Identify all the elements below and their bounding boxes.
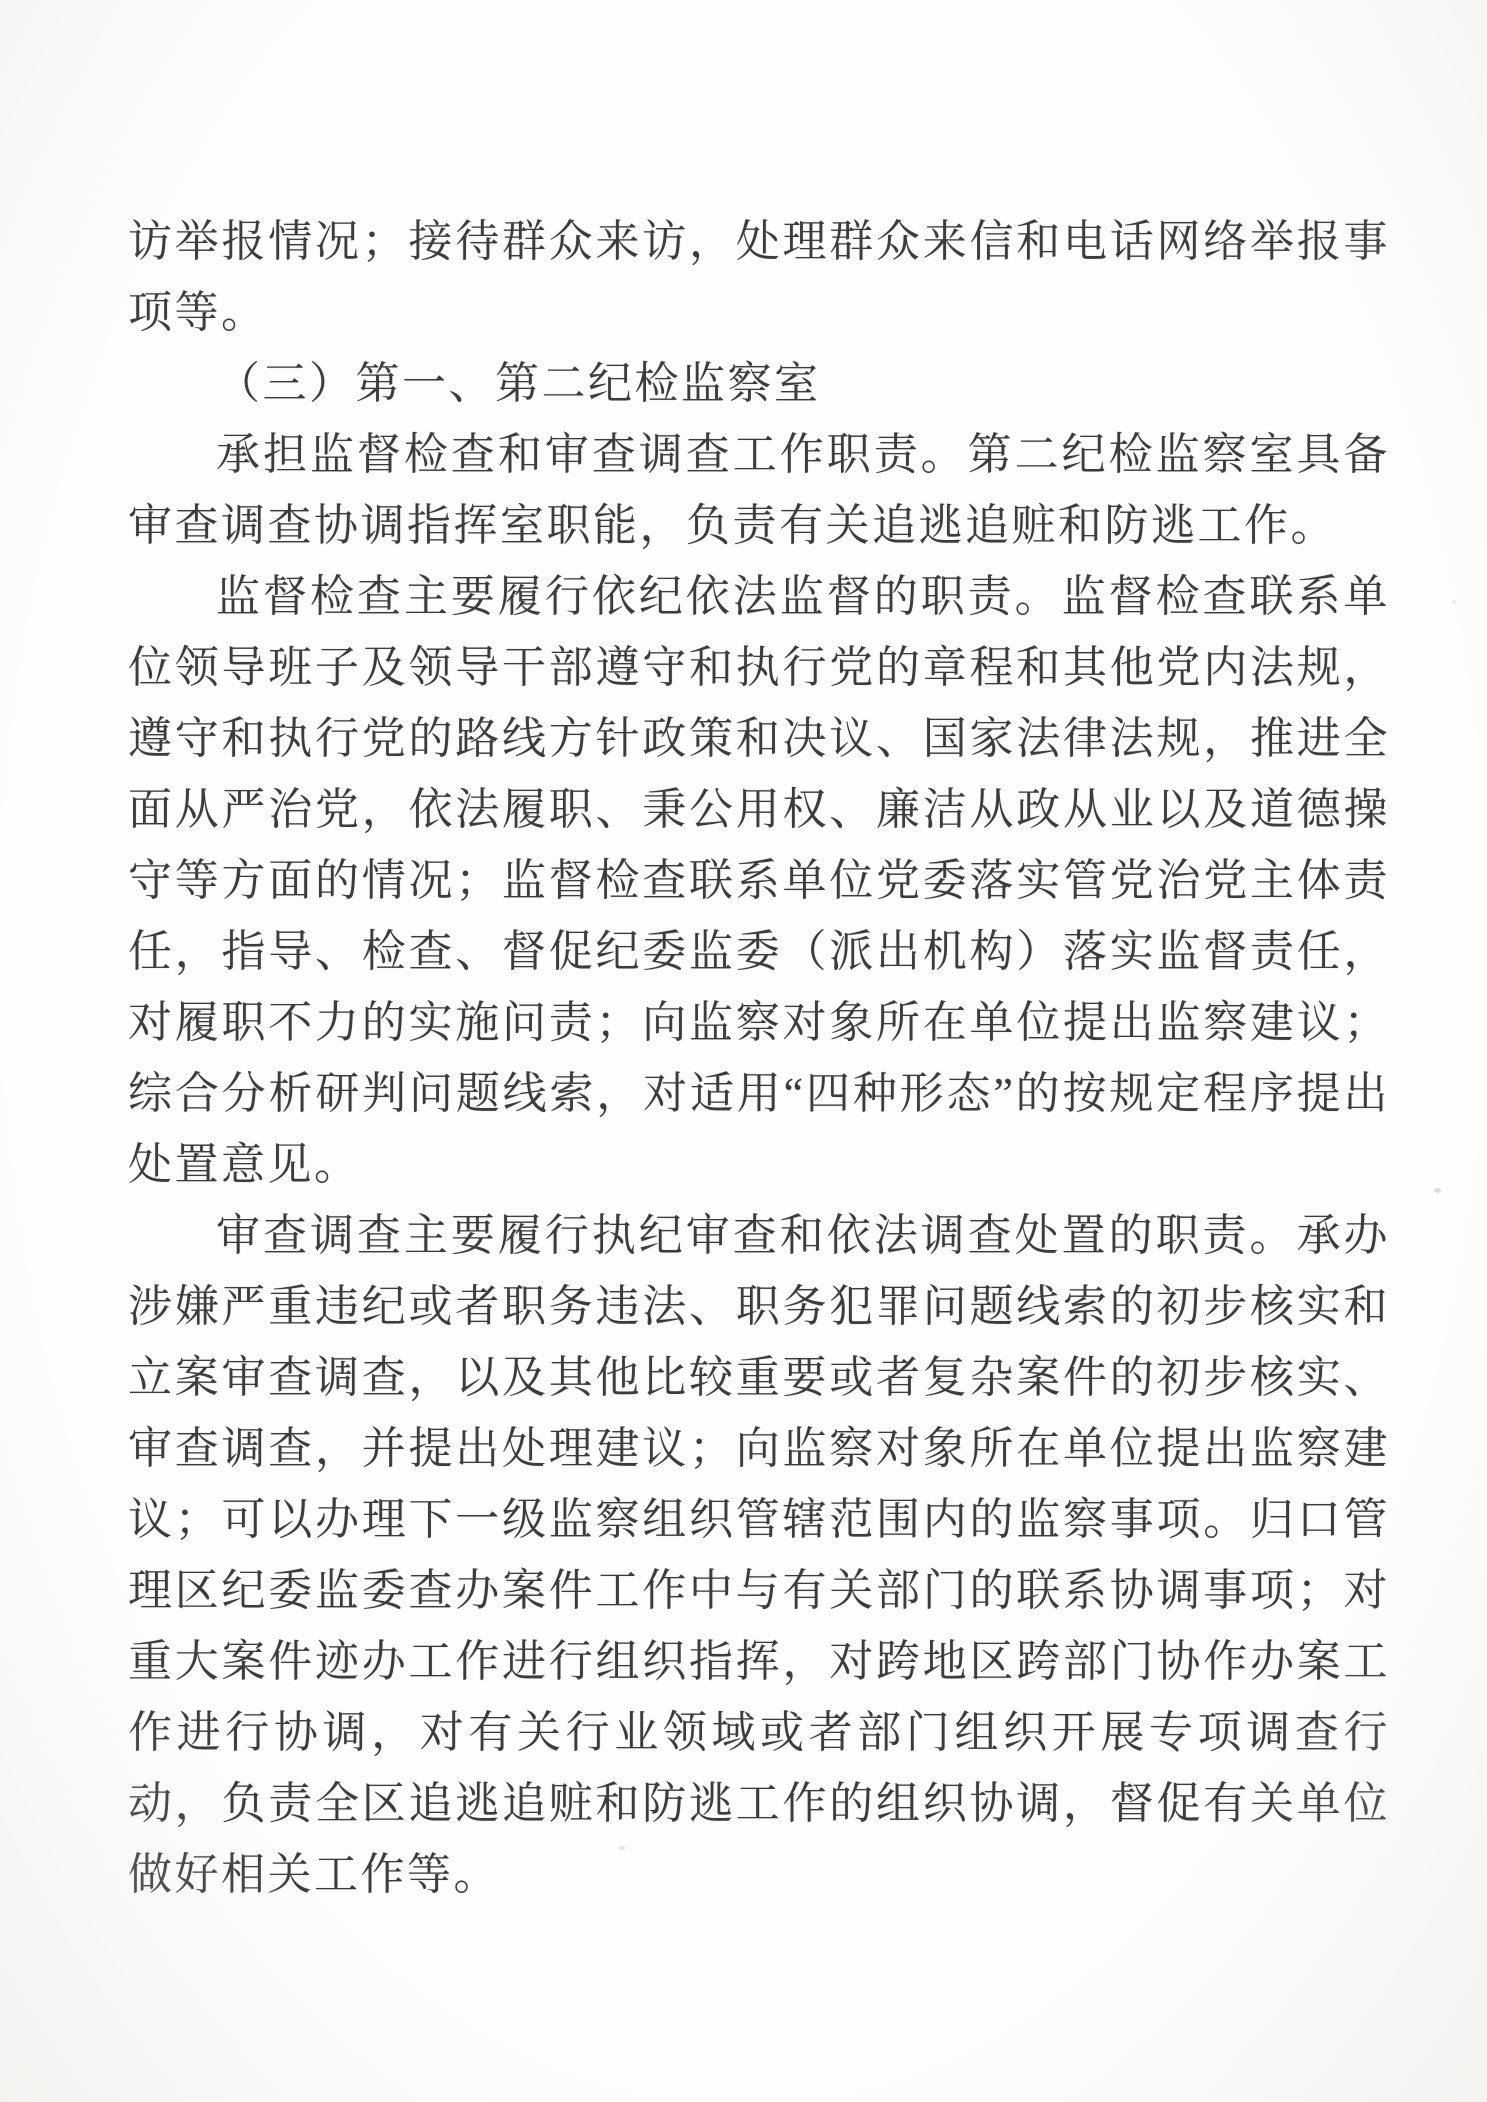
section-heading-first-second-discipline-inspection-offices: （三）第一、第二纪检监察室 — [128, 348, 1390, 419]
para-review-investigation-duties: 审查调查主要履行执纪审查和依法调查处置的职责。承办涉嫌严重违纪或者职务违法、职务… — [128, 1200, 1390, 1910]
document-body: 访举报情况；接待群众来访，处理群众来信和电话网络举报事项等。 （三）第一、第二纪… — [128, 206, 1390, 1910]
scan-artifact — [1452, 600, 1456, 604]
para-petition-reports-continuation: 访举报情况；接待群众来访，处理群众来信和电话网络举报事项等。 — [128, 206, 1390, 348]
scan-artifact — [1434, 1188, 1441, 1193]
para-duties-overview: 承担监督检查和审查调查工作职责。第二纪检监察室具备审查调查协调指挥室职能，负责有… — [128, 419, 1390, 561]
document-page: 访举报情况；接待群众来访，处理群众来信和电话网络举报事项等。 （三）第一、第二纪… — [0, 0, 1487, 2102]
para-supervision-inspection-duties: 监督检查主要履行依纪依法监督的职责。监督检查联系单位领导班子及领导干部遵守和执行… — [128, 561, 1390, 1200]
